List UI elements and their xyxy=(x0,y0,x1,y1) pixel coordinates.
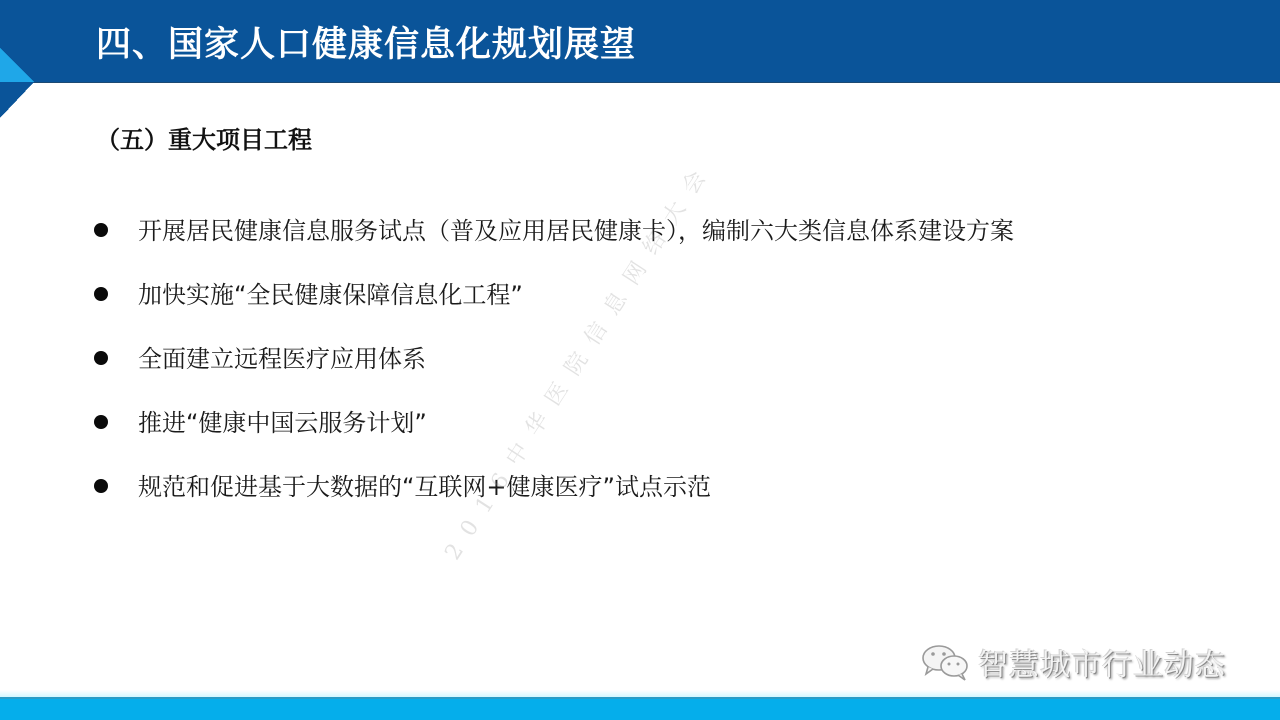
bullet-dot-icon xyxy=(94,415,108,429)
wechat-watermark: 智慧城市行业动态 xyxy=(920,640,1226,684)
bullet-text: 开展居民健康信息服务试点（普及应用居民健康卡），编制六大类信息体系建设方案 xyxy=(138,208,1014,254)
header-bar: 四、国家人口健康信息化规划展望 xyxy=(0,0,1280,83)
bullet-text: 推进“健康中国云服务计划” xyxy=(138,400,427,446)
bullet-text: 全面建立远程医疗应用体系 xyxy=(138,336,426,382)
bullet-dot-icon xyxy=(94,223,108,237)
bullet-text: 规范和促进基于大数据的“互联网+健康医疗”试点示范 xyxy=(138,464,711,510)
bullet-dot-icon xyxy=(94,287,108,301)
bullet-dot-icon xyxy=(94,479,108,493)
header-shadow-triangle xyxy=(0,82,34,118)
footer-bar xyxy=(0,697,1280,720)
bullet-dot-icon xyxy=(94,351,108,365)
wechat-account-name: 智慧城市行业动态 xyxy=(978,640,1226,684)
footer-glow xyxy=(0,690,1280,697)
header-accent-triangle xyxy=(0,48,34,82)
section-title: （五）重大项目工程 xyxy=(96,122,312,158)
page-title: 四、国家人口健康信息化规划展望 xyxy=(96,20,636,70)
wechat-icon xyxy=(920,642,972,682)
bullet-text: 加快实施“全民健康保障信息化工程” xyxy=(138,272,523,318)
